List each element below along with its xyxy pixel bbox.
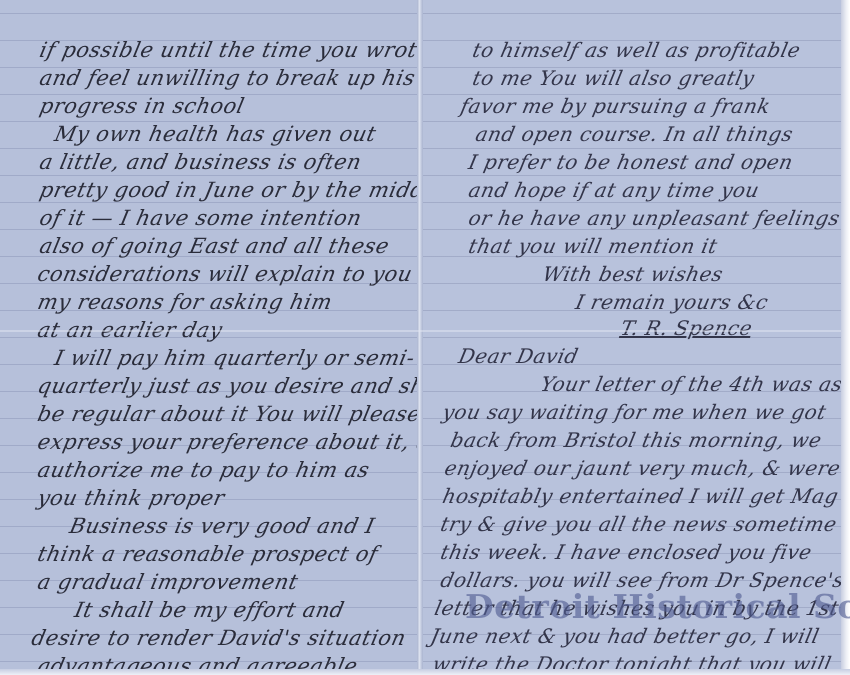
text-line: My own health has given out (52, 122, 378, 146)
text-line: pretty good in June or by the middle (37, 178, 447, 202)
text-line: also of going East and all these (37, 234, 391, 258)
right-page: to himself as well as profitable to me Y… (421, 0, 841, 675)
text-line: you say waiting for me when we got (440, 400, 828, 424)
salutation: Dear David (456, 344, 580, 368)
text-line: to himself as well as profitable (470, 38, 802, 62)
text-line: enjoyed our jaunt very much, & were very (442, 456, 850, 480)
text-line: or he have any unpleasant feelings (466, 206, 842, 230)
text-line: and feel unwilling to break up his (37, 66, 417, 90)
text-line: authorize me to pay to him as (35, 458, 371, 482)
text-line: think a reasonable prospect of (35, 542, 380, 566)
text-line: you think proper (35, 486, 226, 510)
signature: T. R. Spence (618, 316, 754, 340)
text-line: try & give you all the news sometime (438, 512, 839, 536)
text-line: hospitably entertained I will get Mag to (440, 484, 850, 508)
text-line: desire to render David's situation (29, 626, 408, 650)
text-line: of it — I have some intention (37, 206, 364, 230)
paper-edge (841, 0, 850, 675)
letter-scan: if possible until the time you wrote and… (0, 0, 850, 675)
text-line: back from Bristol this morning, we (448, 428, 824, 452)
text-line: quarterly just as you desire and shall (35, 374, 454, 398)
text-line: considerations will explain to you (35, 262, 414, 286)
text-line: a little, and business is often (37, 150, 363, 174)
text-line: I will pay him quarterly or semi- (52, 346, 417, 370)
text-line: favor me by pursuing a frank (458, 94, 772, 118)
text-line: this week. I have enclosed you five (438, 540, 814, 564)
left-page: if possible until the time you wrote and… (0, 0, 418, 675)
text-line: my reasons for asking him (35, 290, 334, 314)
text-line: a gradual improvement (35, 570, 300, 594)
closing: With best wishes (540, 262, 725, 286)
closing: I remain yours &c (573, 290, 770, 314)
text-line: Your letter of the 4th was as (538, 372, 845, 396)
text-line: that you will mention it (466, 234, 719, 258)
watermark: Detroit Historical Society (465, 587, 850, 626)
text-line: be regular about it You will please (35, 402, 423, 426)
text-line: to me You will also greatly (470, 66, 756, 90)
text-line: Business is very good and I (67, 514, 377, 538)
page-fold (417, 0, 423, 675)
text-line: I prefer to be honest and open (466, 150, 795, 174)
paper-crease (0, 330, 850, 332)
text-line: express your preference about it, and (35, 430, 460, 454)
text-line: if possible until the time you wrote (37, 38, 432, 62)
text-line: progress in school (37, 94, 246, 118)
text-line: and hope if at any time you (466, 178, 761, 202)
text-line: and open course. In all things (473, 122, 795, 146)
paper-edge (0, 669, 850, 675)
text-line: It shall be my effort and (72, 598, 346, 622)
text-line: June next & you had better go, I will (428, 624, 821, 648)
